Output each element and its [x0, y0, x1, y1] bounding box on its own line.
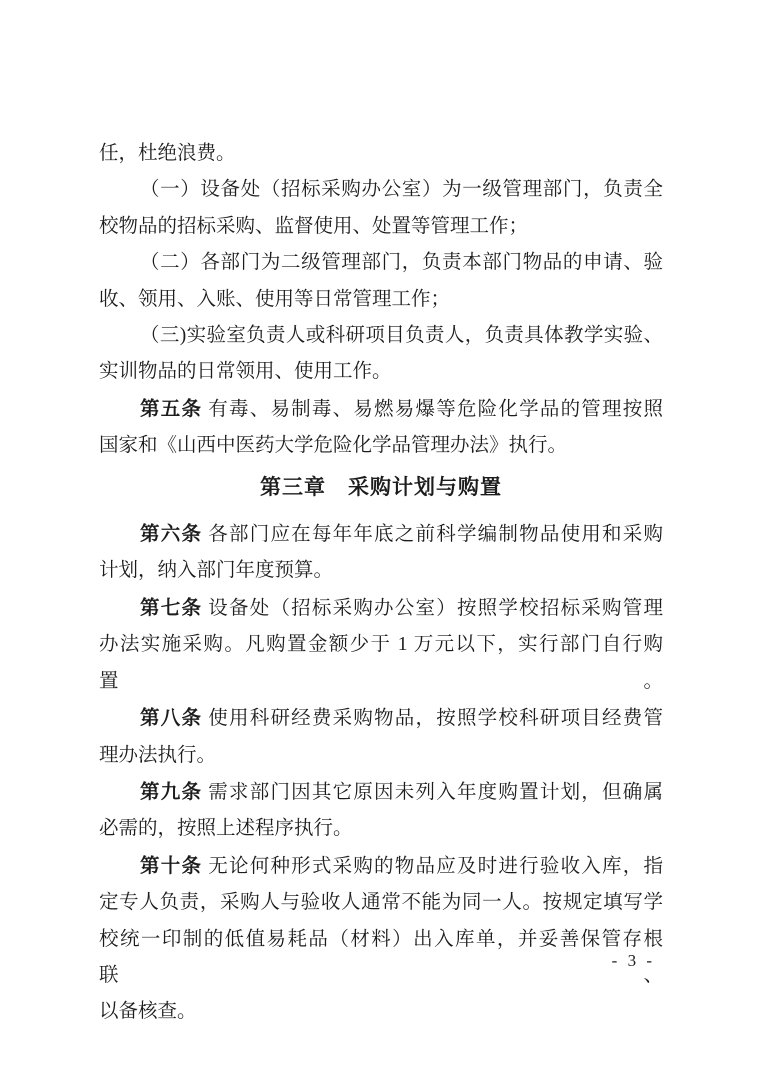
chapter-heading: 第三章 采购计划与购置 — [99, 470, 663, 506]
text-line: 校物品的招标采购、监督使用、处置等管理工作； — [99, 209, 663, 245]
text-line: 校统一印制的低值易耗品（材料）出入库单，并妥善保管存根联、 — [99, 922, 663, 995]
paragraph: 第九条 需求部门因其它原因未列入年度购置计划，但确属必需的，按照上述程序执行。 — [99, 774, 663, 848]
text-line: 收、领用、入账、使用等日常管理工作； — [99, 282, 663, 318]
text-line: 第九条 需求部门因其它原因未列入年度购置计划，但确属 — [99, 774, 663, 811]
text-line: 第十条 无论何种形式采购的物品应及时进行验收入库，指 — [99, 848, 663, 885]
document-content: 任，杜绝浪费。（一）设备处（招标采购办公室）为一级管理部门，负责全校物品的招标采… — [99, 136, 663, 1031]
text-line: 第七条 设备处（招标采购办公室）按照学校招标采购管理 — [99, 590, 663, 627]
text-line: 第八条 使用科研经费采购物品，按照学校科研项目经费管 — [99, 700, 663, 737]
text-line: （三)实验室负责人或科研项目负责人，负责具体教学实验、 — [99, 318, 663, 354]
text-line: 第五条 有毒、易制毒、易燃易爆等危险化学品的管理按照 — [99, 391, 663, 428]
text-line: 以备核查。 — [99, 994, 663, 1030]
paragraph: 第八条 使用科研经费采购物品，按照学校科研项目经费管理办法执行。 — [99, 700, 663, 774]
document-page: 任，杜绝浪费。（一）设备处（招标采购办公室）为一级管理部门，负责全校物品的招标采… — [0, 0, 761, 1078]
article-number-label: 第六条 — [140, 523, 202, 545]
article-number-label: 第七条 — [140, 597, 202, 619]
paragraph: 第十条 无论何种形式采购的物品应及时进行验收入库，指定专人负责，采购人与验收人通… — [99, 848, 663, 1031]
text-line: 理办法执行。 — [99, 738, 663, 774]
article-number-label: 第八条 — [140, 707, 202, 729]
text-line: 办法实施采购。凡购置金额少于 1 万元以下，实行部门自行购置。 — [99, 627, 663, 700]
text-line: （二）各部门为二级管理部门，负责本部门物品的申请、验 — [99, 245, 663, 281]
text-line: 国家和《山西中医药大学危险化学品管理办法》执行。 — [99, 428, 663, 464]
paragraph: 第六条 各部门应在每年年底之前科学编制物品使用和采购计划，纳入部门年度预算。 — [99, 516, 663, 590]
text-line: 计划，纳入部门年度预算。 — [99, 553, 663, 589]
article-number-label: 第十条 — [140, 855, 202, 877]
text-line: 实训物品的日常领用、使用工作。 — [99, 354, 663, 390]
paragraph: 任，杜绝浪费。 — [99, 136, 663, 172]
text-line: 定专人负责，采购人与验收人通常不能为同一人。按规定填写学 — [99, 885, 663, 921]
article-number-label: 第五条 — [140, 398, 202, 420]
paragraph: （一）设备处（招标采购办公室）为一级管理部门，负责全校物品的招标采购、监督使用、… — [99, 172, 663, 245]
paragraph: 第五条 有毒、易制毒、易燃易爆等危险化学品的管理按照国家和《山西中医药大学危险化… — [99, 391, 663, 465]
page-number: - 3 - — [612, 951, 655, 971]
paragraph: （三)实验室负责人或科研项目负责人，负责具体教学实验、实训物品的日常领用、使用工… — [99, 318, 663, 391]
paragraph: 第七条 设备处（招标采购办公室）按照学校招标采购管理办法实施采购。凡购置金额少于… — [99, 590, 663, 700]
text-line: 任，杜绝浪费。 — [99, 136, 663, 172]
paragraph: （二）各部门为二级管理部门，负责本部门物品的申请、验收、领用、入账、使用等日常管… — [99, 245, 663, 318]
text-line: 必需的，按照上述程序执行。 — [99, 811, 663, 847]
text-line: （一）设备处（招标采购办公室）为一级管理部门，负责全 — [99, 172, 663, 208]
text-line: 第六条 各部门应在每年年底之前科学编制物品使用和采购 — [99, 516, 663, 553]
article-number-label: 第九条 — [140, 781, 202, 803]
